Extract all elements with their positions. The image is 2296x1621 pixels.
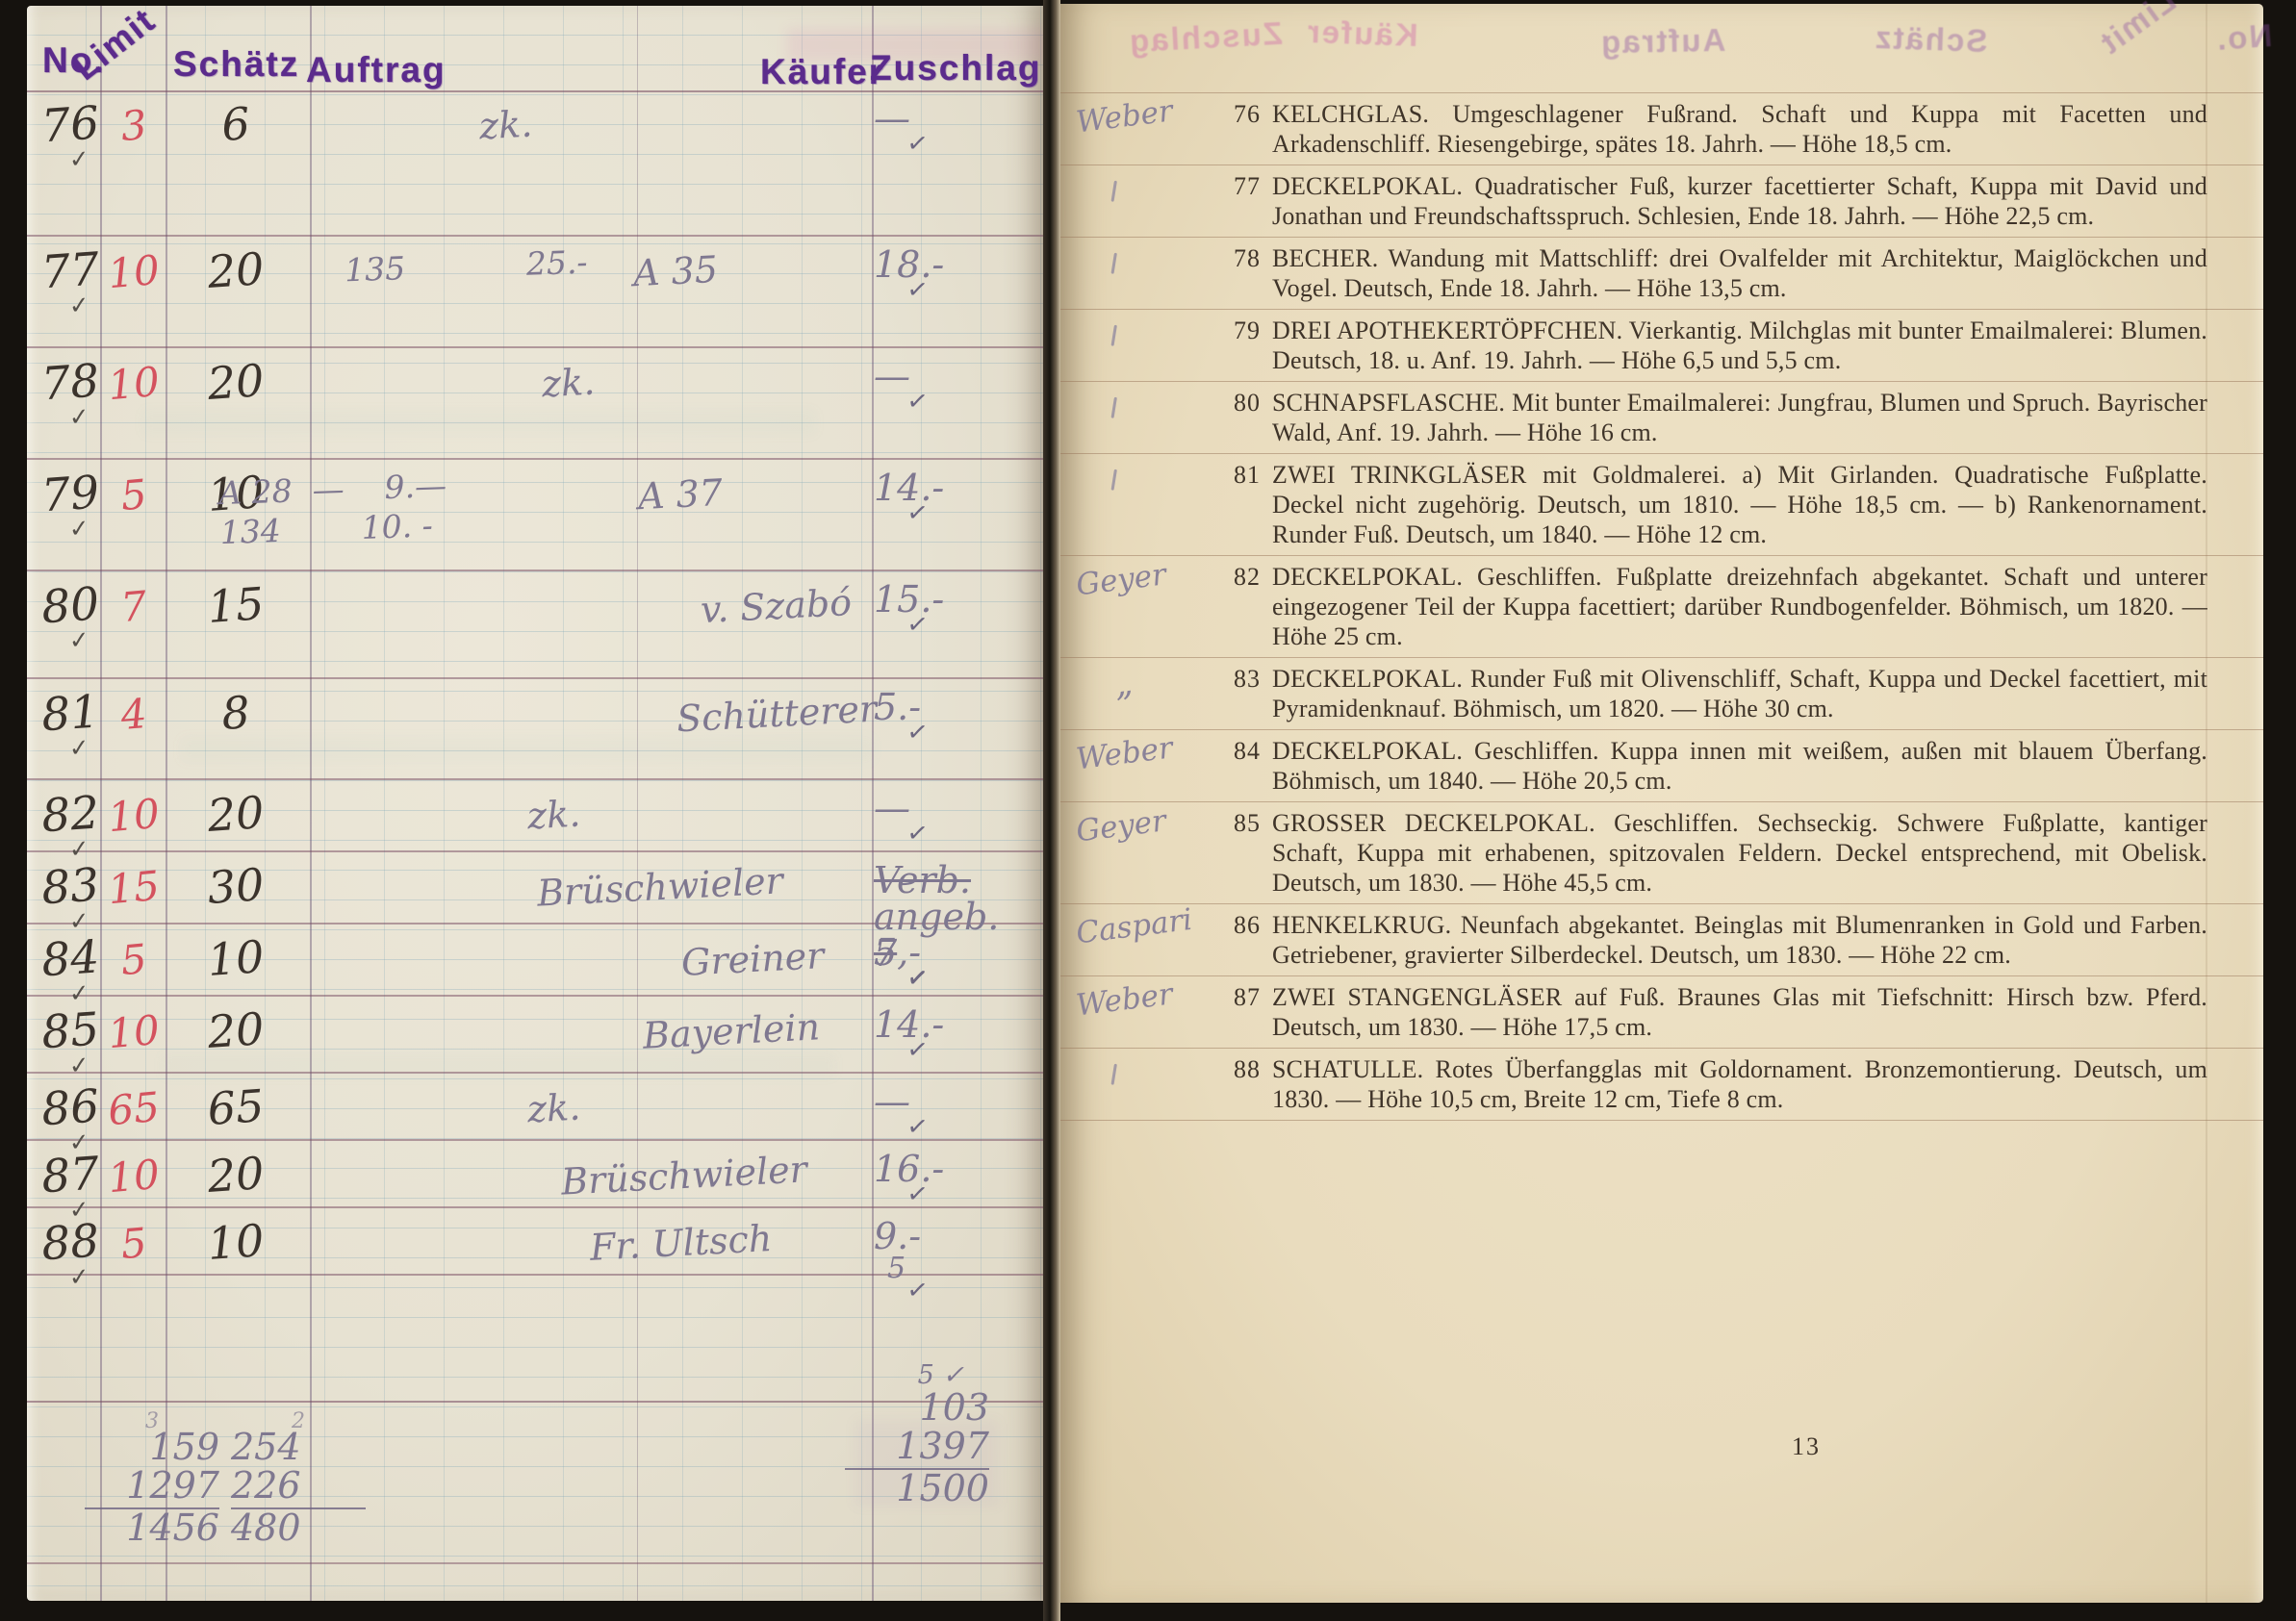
catalog-entry: Caspari86HENKELKRUG. Neunfach abgekantet… (1060, 903, 2263, 975)
hammer-price: —✓ (874, 1083, 1028, 1147)
ledger-totals: 31591297145622542264805 ✓10313971500 (27, 1401, 1043, 1576)
entry-number: 87 (1211, 983, 1261, 1012)
entry-description: DREI APOTHEKERTÖPFCHEN. Vierkantig. Milc… (1272, 316, 2207, 375)
hammer-price-value: — (874, 358, 1028, 394)
margin-ditto-mark: „ (1074, 654, 1212, 710)
bid-order-line: 135 25.- (344, 242, 588, 291)
catalog-entry: Geyer85GROSSER DECKELPOKAL. Geschliffen.… (1060, 801, 2263, 903)
hammer-price-value: 18.- (874, 246, 1028, 283)
limit-value: 10 (102, 357, 166, 409)
limit-value: 7 (102, 580, 166, 632)
pencil-tick (1111, 1064, 1117, 1085)
margin-tick (1074, 306, 1212, 359)
ghost-stamp: Zuschlag (1127, 15, 1284, 60)
margin-tick (1074, 1045, 1212, 1098)
margin-buyer-note: Weber (1074, 89, 1212, 140)
hammer-price: 9.-5✓ (874, 1218, 1028, 1310)
ledger-row: 86✓6565zk.—✓ (27, 1074, 1043, 1141)
hammer-price: —✓ (874, 358, 1028, 421)
limit-value: 4 (102, 688, 166, 740)
margin-tick (1074, 162, 1212, 215)
ledger-row: 76✓36zk.—✓ (27, 90, 1043, 237)
estimate-value: 20 (171, 1145, 299, 1205)
catalog-entry: Weber84DECKELPOKAL. Geschliffen. Kuppa i… (1060, 729, 2263, 801)
entry-description: DECKELPOKAL. Geschliffen. Fußplatte drei… (1272, 562, 2207, 651)
hammer-price-value: 15.- (874, 581, 1028, 618)
hammer-price-value: 5.- (874, 689, 1028, 725)
hammer-total-value: 103 (845, 1389, 989, 1428)
entry-number: 79 (1211, 317, 1261, 345)
catalog-entry: Geyer82DECKELPOKAL. Geschliffen. Fußplat… (1060, 555, 2263, 657)
limit-value: 5 (102, 469, 166, 520)
catalog-page: ZuschlagKäuferAuftragSchätzLimitNo. Webe… (1060, 4, 2263, 1603)
limit-value: 5 (102, 933, 166, 985)
buyer-name: A 37 (637, 471, 724, 519)
buyer-name: zk. (526, 1086, 581, 1131)
ghost-stamp: No. (2214, 17, 2274, 58)
estimate-value: 10 (171, 928, 299, 989)
hammer-price-totals: 5 ✓10313971500 (845, 1362, 989, 1508)
hammer-price-value: Verb. (874, 862, 1028, 899)
pencil-tick (1111, 181, 1117, 202)
catalog-entry: 80SCHNAPSFLASCHE. Mit bunter Emailmalere… (1060, 381, 2263, 453)
hammer-price: 5.-✓ (874, 689, 1028, 752)
entry-description: ZWEI TRINKGLÄSER mit Goldmalerei. a) Mit… (1272, 460, 2207, 549)
buyer-name: zk. (541, 361, 596, 406)
buyer-name: Brüschwieler (560, 1148, 808, 1203)
entry-number: 86 (1211, 911, 1261, 940)
ledger-row: 83✓1530BrüschwielerVerb.angeb.7✓ (27, 852, 1043, 924)
entry-number: 83 (1211, 665, 1261, 694)
ledger-row: 78✓1020zk.—✓ (27, 348, 1043, 460)
page-number: 13 (1792, 1432, 1821, 1461)
entry-number: 82 (1211, 563, 1261, 592)
catalog-entry: Weber87ZWEI STANGENGLÄSER auf Fuß. Braun… (1060, 975, 2263, 1048)
pencil-tick (1111, 469, 1117, 491)
ledger-row: 85✓1020Bayerlein14.-✓ (27, 997, 1043, 1074)
pre-total-value: 5 ✓ (845, 1362, 989, 1389)
hammer-price: 16.-✓ (874, 1151, 1028, 1214)
ghost-stamp: Schätz (1873, 19, 1988, 60)
estimate-value: 20 (171, 784, 299, 845)
estimate-value: 8 (171, 683, 299, 744)
estimate-total-value: 226 (231, 1467, 366, 1509)
bid-order-note: A 28 — 9.—134 10. - (218, 466, 448, 553)
hammer-price-value: 9.- (874, 1218, 1028, 1254)
ledger-page: No. Limit Schätz Auftrag Käufer Zuschlag… (27, 6, 1043, 1601)
entry-description: SCHATULLE. Rotes Überfangglas mit Goldor… (1272, 1054, 2207, 1114)
estimate-value: 65 (171, 1077, 299, 1138)
pencil-tick (1111, 397, 1117, 418)
estimate-total-value: 480 (231, 1509, 366, 1548)
entry-number: 78 (1211, 244, 1261, 273)
estimate-value: 10 (171, 1212, 299, 1273)
ledger-rows: 76✓36zk.—✓77✓1020135 25.-A 3518.-✓78✓102… (27, 90, 1043, 1276)
entry-description: DECKELPOKAL. Geschliffen. Kuppa innen mi… (1272, 736, 2207, 796)
estimate-value: 20 (171, 241, 299, 301)
limit-value: 65 (102, 1082, 166, 1134)
ledger-header-row: No. Limit Schätz Auftrag Käufer Zuschlag (27, 6, 1043, 92)
margin-tick (1074, 450, 1212, 503)
carry-digit: 3 (85, 1410, 219, 1432)
buyer-name: zk. (478, 103, 533, 148)
catalog-entry: 78BECHER. Wandung mit Mattschliff: drei … (1060, 237, 2263, 309)
hammer-price-value: 14.- (874, 1006, 1028, 1043)
entry-number: 88 (1211, 1055, 1261, 1084)
ledger-row: 81✓48Schütterer5.-✓ (27, 679, 1043, 780)
estimate-value: 30 (171, 856, 299, 917)
hammer-price-value: 14.- (874, 469, 1028, 506)
ledger-row: 87✓1020Brüschwieler16.-✓ (27, 1141, 1043, 1208)
header-kaufer: Käufer (760, 52, 884, 92)
ghost-stamp: Käufer (1305, 13, 1418, 54)
ledger-row: 88✓510Fr. Ultsch9.-5✓ (27, 1208, 1043, 1276)
margin-tick (1074, 378, 1212, 431)
limit-total-value: 1297 (85, 1467, 219, 1509)
header-auftrag: Auftrag (306, 50, 446, 90)
buyer-name: Schütterer (676, 688, 878, 741)
catalog-entry: 88SCHATULLE. Rotes Überfangglas mit Gold… (1060, 1048, 2263, 1120)
buyer-name: v. Szabó (700, 581, 853, 631)
ledger-row: 77✓1020135 25.-A 3518.-✓ (27, 237, 1043, 348)
hammer-price: 14.-✓ (874, 1006, 1028, 1070)
bid-order-note: 135 25.- (344, 242, 588, 291)
estimate-totals: 2254226480 (231, 1410, 366, 1548)
ledger-row: 79✓510A 28 — 9.—134 10. -A 3714.-✓ (27, 460, 1043, 571)
auction-ledger-book-scan: No. Limit Schätz Auftrag Käufer Zuschlag… (0, 0, 2296, 1621)
limit-value: 10 (102, 1150, 166, 1202)
pencil-tick (1111, 325, 1117, 346)
catalog-entry: 81ZWEI TRINKGLÄSER mit Goldmalerei. a) M… (1060, 453, 2263, 555)
limit-value: 15 (102, 861, 166, 913)
estimate-value: 6 (171, 94, 299, 155)
limit-total-value: 159 (85, 1429, 219, 1467)
pencil-tick (1111, 253, 1117, 274)
ledger-row: 82✓1020zk.—✓ (27, 780, 1043, 852)
ghost-stamp: Limit (2092, 0, 2182, 62)
entry-description: HENKELKRUG. Neunfach abgekantet. Beingla… (1272, 910, 2207, 970)
ghost-stamp: Auftrag (1599, 22, 1726, 61)
entry-description: SCHNAPSFLASCHE. Mit bunter Emailmalerei:… (1272, 388, 2207, 447)
header-zuschlag: Zuschlag (870, 48, 1041, 89)
catalog-entry: 77DECKELPOKAL. Quadratischer Fuß, kurzer… (1060, 165, 2263, 237)
margin-buyer-note: Geyer (1074, 552, 1212, 603)
margin-buyer-note: Weber (1074, 726, 1212, 777)
limit-value: 5 (102, 1217, 166, 1269)
entry-number: 85 (1211, 809, 1261, 838)
entry-number: 76 (1211, 100, 1261, 129)
entry-description: KELCHGLAS. Umgeschlagener Fußrand. Schaf… (1272, 99, 2207, 159)
hammer-price-value: — (874, 1083, 1028, 1120)
hammer-total-value: 1397 (845, 1428, 989, 1470)
limit-value: 10 (102, 245, 166, 297)
catalog-entry: „83DECKELPOKAL. Runder Fuß mit Olivensch… (1060, 657, 2263, 729)
ledger-row: 84✓510Greiner5,-✓ (27, 924, 1043, 997)
catalog-entry: Weber76KELCHGLAS. Umgeschlagener Fußrand… (1060, 92, 2263, 165)
ditto-mark: „ (1112, 664, 1135, 705)
limit-value: 10 (102, 1005, 166, 1057)
hammer-price-value: 5,- (874, 934, 1028, 971)
buyer-name: zk. (526, 793, 581, 838)
entry-number: 80 (1211, 389, 1261, 418)
hammer-price: —✓ (874, 100, 1028, 164)
hammer-price-value: — (874, 100, 1028, 137)
estimate-value: 20 (171, 352, 299, 413)
entry-number: 84 (1211, 737, 1261, 766)
header-limit: Limit (65, 0, 164, 89)
entry-number: 81 (1211, 461, 1261, 490)
carry-digit: 2 (231, 1410, 366, 1432)
limit-value: 10 (102, 789, 166, 841)
hammer-price: 5,-✓ (874, 934, 1028, 998)
buyer-name: Greiner (680, 934, 825, 984)
hammer-total-value: 1500 (845, 1470, 989, 1508)
book-gutter (1043, 0, 1060, 1621)
limit-totals: 315912971456 (85, 1410, 219, 1548)
ledger-row: 80✓715v. Szabó15.-✓ (27, 571, 1043, 679)
limit-total-value: 1456 (85, 1509, 219, 1548)
hammer-price: 14.-✓ (874, 469, 1028, 533)
margin-buyer-note: Weber (1074, 973, 1212, 1024)
estimate-value: 20 (171, 1000, 299, 1061)
entry-description: BECHER. Wandung mit Mattschliff: drei Ov… (1272, 243, 2207, 303)
margin-buyer-note: Geyer (1074, 798, 1212, 849)
entry-description: GROSSER DECKELPOKAL. Geschliffen. Sechse… (1272, 808, 2207, 898)
hammer-price: 18.-✓ (874, 246, 1028, 310)
catalog-entry: 79DREI APOTHEKERTÖPFCHEN. Vierkantig. Mi… (1060, 309, 2263, 381)
hammer-price-value: 16.- (874, 1151, 1028, 1187)
estimate-total-value: 254 (231, 1429, 366, 1467)
hammer-price-value: — (874, 790, 1028, 826)
header-schatz: Schätz (173, 44, 299, 85)
margin-buyer-note: Caspari (1074, 900, 1212, 951)
entry-description: DECKELPOKAL. Quadratischer Fuß, kurzer f… (1272, 171, 2207, 231)
buyer-name: Fr. Ultsch (589, 1217, 773, 1269)
limit-value: 3 (102, 99, 166, 151)
bid-order-line: 134 10. - (219, 505, 448, 552)
ruled-line (27, 1562, 1043, 1564)
hammer-price: 15.-✓ (874, 581, 1028, 645)
buyer-name: Brüschwieler (536, 859, 784, 914)
buyer-name: Bayerlein (642, 1005, 821, 1057)
hammer-price: —✓ (874, 790, 1028, 853)
buyer-name: A 35 (632, 248, 719, 295)
margin-tick (1074, 234, 1212, 287)
estimate-value: 15 (171, 575, 299, 636)
entry-number: 77 (1211, 172, 1261, 201)
entry-description: ZWEI STANGENGLÄSER auf Fuß. Braunes Glas… (1272, 982, 2207, 1042)
catalog-entries: Weber76KELCHGLAS. Umgeschlagener Fußrand… (1060, 92, 2263, 1121)
entry-description: DECKELPOKAL. Runder Fuß mit Olivenschlif… (1272, 664, 2207, 723)
